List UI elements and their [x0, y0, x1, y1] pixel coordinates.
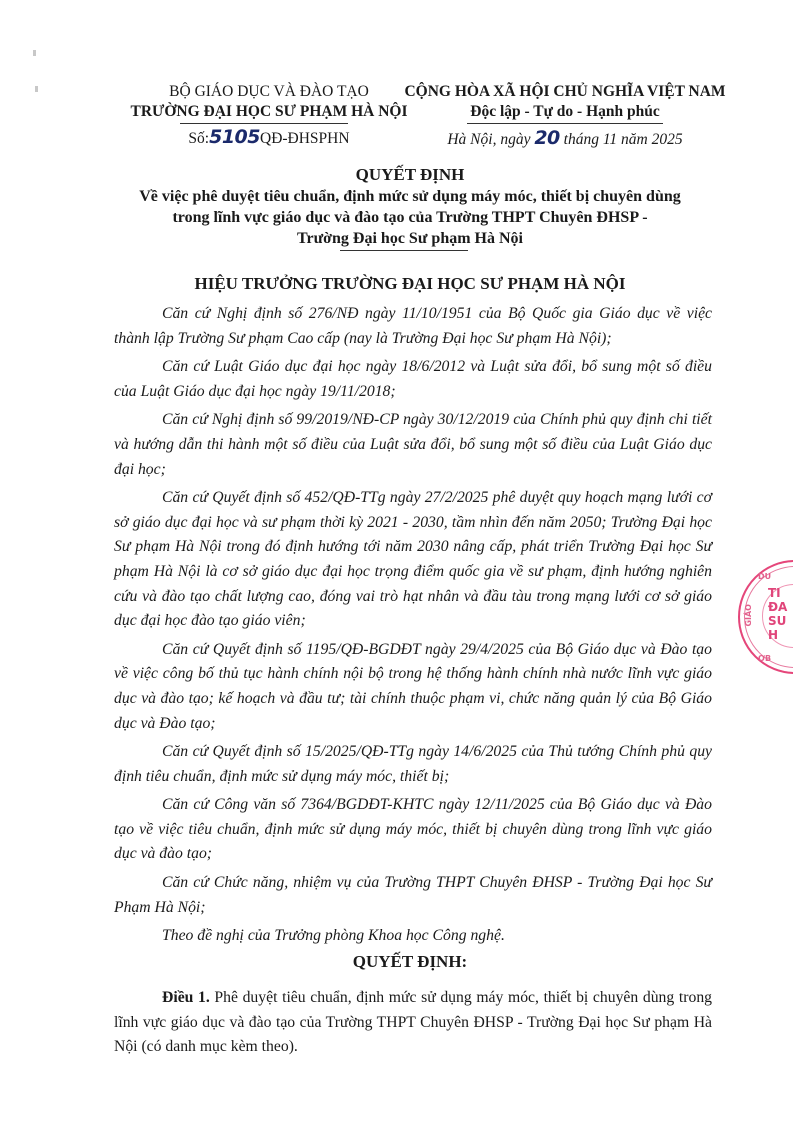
seal-line: ĐA	[768, 600, 787, 614]
article-label: Điều 1.	[162, 989, 210, 1006]
header-underline	[180, 123, 348, 124]
legal-basis: Căn cứ Quyết định số 15/2025/QĐ-TTg ngày…	[114, 740, 712, 789]
legal-basis: Căn cứ Quyết định số 1195/QĐ-BGDĐT ngày …	[114, 638, 712, 736]
decision-heading: QUYẾT ĐỊNH:	[100, 950, 720, 974]
proposal-basis: Theo đề nghị của Trưởng phòng Khoa học C…	[114, 924, 712, 949]
date-prefix: Hà Nội, ngày	[447, 131, 530, 148]
number-suffix: QĐ-ĐHSPHN	[260, 130, 350, 147]
document-title-block: QUYẾT ĐỊNH Về việc phê duyệt tiêu chuẩn,…	[100, 164, 720, 251]
national-motto: Độc lập - Tự do - Hạnh phúc	[400, 102, 730, 122]
subtitle-underline	[340, 250, 468, 251]
handwritten-number: 5105	[209, 126, 260, 148]
document-page: BỘ GIÁO DỤC VÀ ĐÀO TẠO TRƯỜNG ĐẠI HỌC SƯ…	[0, 0, 793, 1122]
ministry-name: BỘ GIÁO DỤC VÀ ĐÀO TẠO	[128, 82, 410, 102]
seal-ring-text: ƠB	[758, 654, 771, 663]
seal-ring-text: GIÁO	[744, 604, 753, 627]
motto-underline	[467, 123, 663, 124]
official-seal-stamp: TI ĐA SU H DU GIÁO ƠB	[738, 560, 793, 674]
handwritten-day: 20	[534, 127, 559, 149]
subtitle-line: trong lĩnh vực giáo dục và đào tạo của T…	[100, 207, 720, 228]
country-name: CỘNG HÒA XÃ HỘI CHỦ NGHĨA VIỆT NAM	[400, 82, 730, 102]
issuing-agency-header: BỘ GIÁO DỤC VÀ ĐÀO TẠO TRƯỜNG ĐẠI HỌC SƯ…	[128, 82, 410, 150]
date-suffix: tháng 11 năm 2025	[564, 131, 683, 148]
issuing-authority: HIỆU TRƯỞNG TRƯỜNG ĐẠI HỌC SƯ PHẠM HÀ NỘ…	[100, 272, 720, 296]
subtitle-line: Trường Đại học Sư phạm Hà Nội	[100, 228, 720, 249]
scan-artifact	[33, 50, 36, 56]
document-title: QUYẾT ĐỊNH	[100, 164, 720, 186]
article-1: Điều 1. Phê duyệt tiêu chuẩn, định mức s…	[114, 986, 712, 1060]
subtitle-line: Về việc phê duyệt tiêu chuẩn, định mức s…	[100, 186, 720, 207]
legal-basis: Căn cứ Nghị định số 276/NĐ ngày 11/10/19…	[114, 302, 712, 351]
seal-line: TI	[768, 586, 787, 600]
legal-basis: Căn cứ Nghị định số 99/2019/NĐ-CP ngày 3…	[114, 408, 712, 482]
number-prefix: Số:	[188, 130, 209, 147]
seal-line: H	[768, 628, 787, 642]
legal-basis: Căn cứ Chức năng, nhiệm vụ của Trường TH…	[114, 871, 712, 920]
legal-basis: Căn cứ Luật Giáo dục đại học ngày 18/6/2…	[114, 355, 712, 404]
legal-basis: Căn cứ Quyết định số 452/QĐ-TTg ngày 27/…	[114, 486, 712, 634]
document-number: Số:5105QĐ-ĐHSPHN	[128, 126, 410, 150]
seal-ring-text: DU	[758, 572, 771, 581]
seal-center-text: TI ĐA SU H	[768, 586, 787, 642]
national-header: CỘNG HÒA XÃ HỘI CHỦ NGHĨA VIỆT NAM Độc l…	[400, 82, 730, 151]
issue-date: Hà Nội, ngày 20 tháng 11 năm 2025	[400, 127, 730, 151]
preamble: Căn cứ Nghị định số 276/NĐ ngày 11/10/19…	[114, 302, 712, 949]
legal-basis: Căn cứ Công văn số 7364/BGDĐT-KHTC ngày …	[114, 793, 712, 867]
scan-artifact	[35, 86, 38, 92]
university-name: TRƯỜNG ĐẠI HỌC SƯ PHẠM HÀ NỘI	[128, 102, 410, 122]
seal-line: SU	[768, 614, 787, 628]
